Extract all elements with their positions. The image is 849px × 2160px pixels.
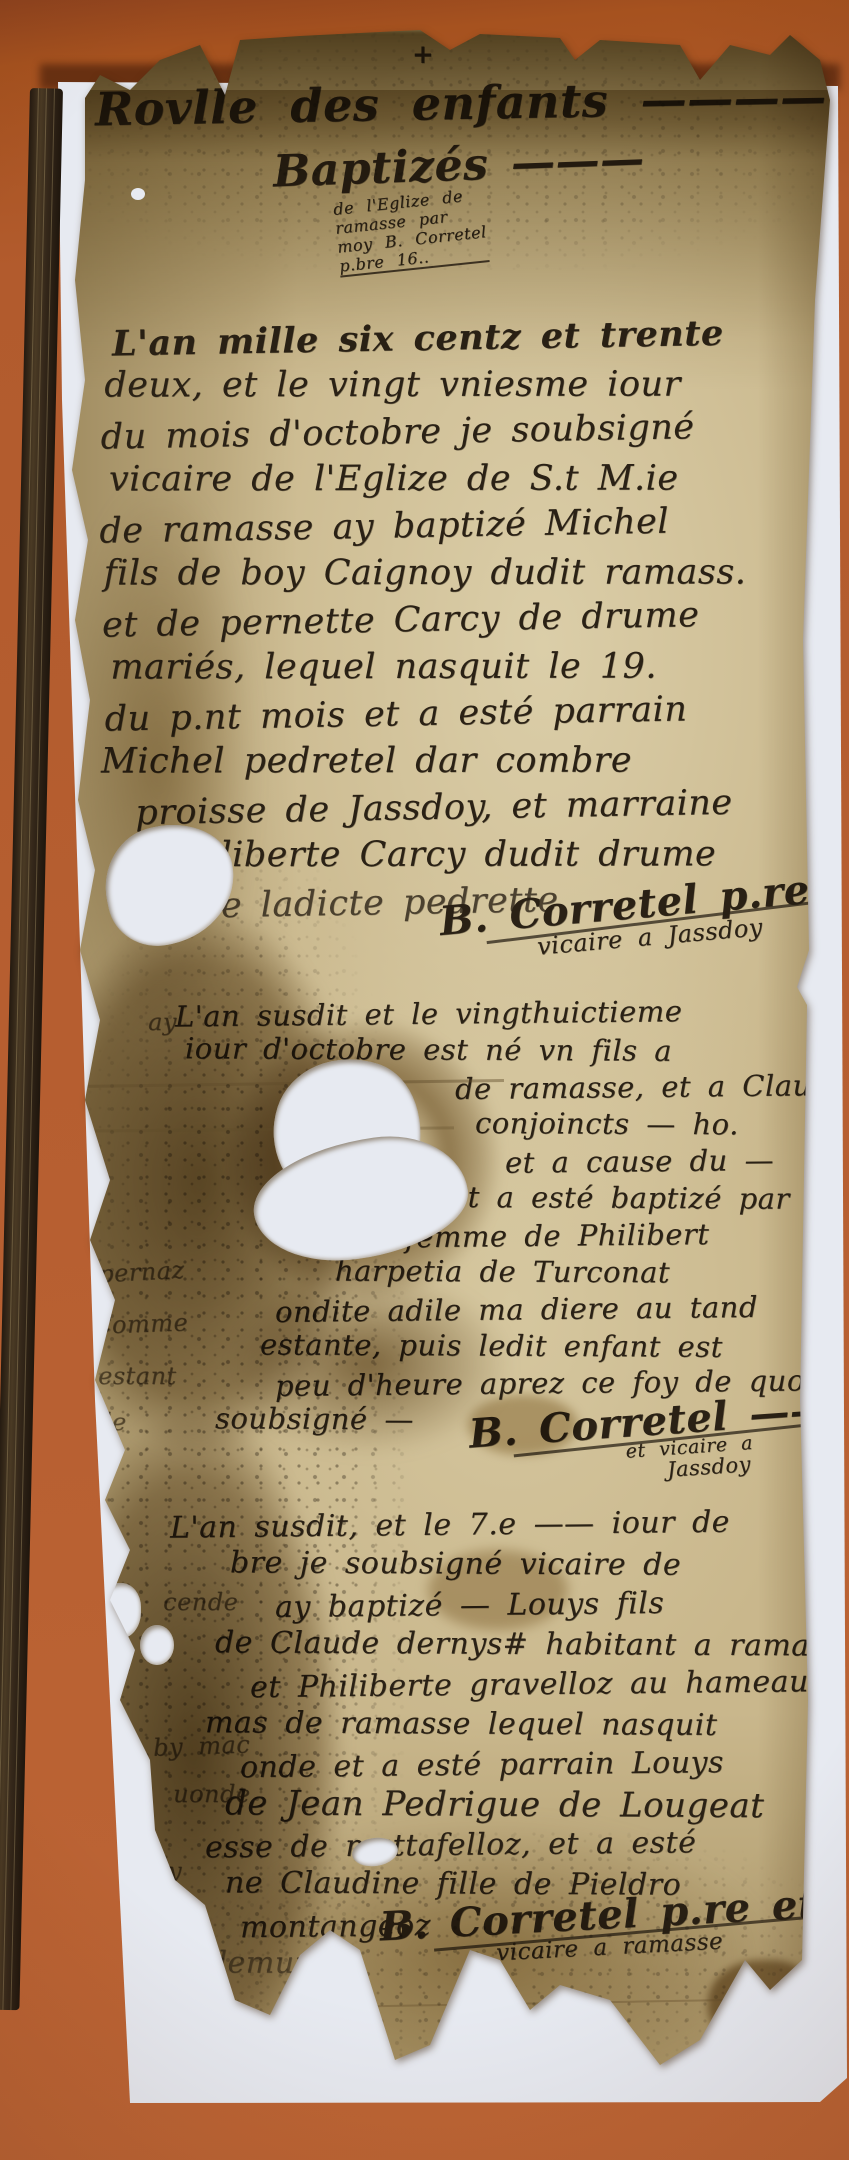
manuscript-line: deux, et le vingt vniesme iour <box>104 361 745 409</box>
faded-fragment: Jay <box>143 1857 182 1885</box>
faded-fragment: ay <box>148 1008 177 1036</box>
torn-hole-small-4 <box>76 1292 98 1322</box>
manuscript-line: proisse de Jassdoy, et marraine <box>135 780 748 838</box>
manuscript-line: de Claude dernys# habitant a ramasse <box>215 1623 834 1666</box>
manuscript-line: Michel pedretel dar combre <box>101 737 748 785</box>
binding-spine-edge <box>0 88 63 2010</box>
torn-hole-small-2 <box>140 1625 174 1665</box>
manuscript-line: du mois d'octobre je soubsigné <box>100 403 745 461</box>
faded-fragment: de <box>96 1408 127 1436</box>
manuscript-page-wrap: + Rovlle des enfants ———— Baptizés ——— d… <box>68 30 834 2082</box>
manuscript-page: + Rovlle des enfants ———— Baptizés ——— d… <box>68 30 834 2082</box>
manuscript-line: Philiberte Carcy dudit drume <box>162 831 749 879</box>
manuscript-line: et Philiberte gravelloz au hameau <box>250 1662 834 1708</box>
manuscript-line: femme de Philibert <box>405 1215 834 1257</box>
manuscript-line: bre je soubsigné vicaire de <box>230 1543 834 1586</box>
manuscript-line: iour d'octobre est né vn fils a <box>185 1030 834 1070</box>
manuscript-line: fils de boy Caignoy dudit ramass. <box>104 549 747 597</box>
baptism-entry-2: L'an susdit et le vingthuictiemeiour d'o… <box>105 995 834 1439</box>
cross-mark: + <box>412 40 434 70</box>
page-title-line1: Rovlle des enfants ———— <box>95 70 827 137</box>
manuscript-line: ondite adile ma diere au tand <box>275 1288 834 1331</box>
faded-fragment: cende <box>163 1588 238 1616</box>
manuscript-line: onde et a esté parrain Louys <box>240 1742 834 1788</box>
torn-hole-small-1 <box>95 1583 141 1639</box>
manuscript-line: de Jean Pedrigue de Lougeat <box>225 1783 834 1826</box>
manuscript-line: mariés, lequel nasquit le 19. <box>110 643 747 691</box>
manuscript-line: de ramasse ay baptizé Michel <box>99 497 746 555</box>
crease-line-3 <box>318 1998 798 2008</box>
faded-fragment: estant <box>98 1362 177 1390</box>
manuscript-line: L'an susdit, et le 7.e —— iour de <box>170 1501 834 1548</box>
manuscript-line: harpetia de Turconat <box>335 1253 834 1293</box>
manuscript-line: L'an mille six centz et trente <box>112 309 745 367</box>
manuscript-line: de ramasse, et a Claude <box>455 1067 834 1108</box>
faded-fragment: by mac <box>153 1730 251 1761</box>
faded-fragment: pernaz <box>97 1256 185 1288</box>
manuscript-line: et de pernette Carcy de drume <box>102 591 747 649</box>
manuscript-line: ay baptizé — Louys fils <box>275 1582 834 1628</box>
photo-scene: + Rovlle des enfants ———— Baptizés ——— d… <box>0 0 849 2160</box>
title-subtitle: de l'Eglize deramasse parmoy B. Corretel… <box>332 184 489 277</box>
manuscript-line: esse de mattafelloz, et a esté <box>205 1822 834 1869</box>
manuscript-line: L'an susdit et le vingthuictieme <box>175 991 834 1035</box>
manuscript-line: vicaire de l'Eglize de S.t M.ie <box>109 455 746 503</box>
manuscript-line: estante, puis ledit enfant est <box>260 1326 834 1366</box>
manuscript-line: mas de ramasse lequel nasquit <box>205 1703 834 1746</box>
manuscript-line: conjoincts — ho. <box>475 1105 834 1144</box>
manuscript-line: et a esté baptizé par <box>450 1179 834 1218</box>
faded-fragment: uonde <box>173 1780 250 1808</box>
manuscript-line: du p.nt mois et a esté parrain <box>104 685 747 743</box>
torn-hole-small-5 <box>131 188 145 200</box>
manuscript-line: et a cause du — <box>505 1141 834 1182</box>
faded-fragment: Comme <box>93 1308 189 1339</box>
